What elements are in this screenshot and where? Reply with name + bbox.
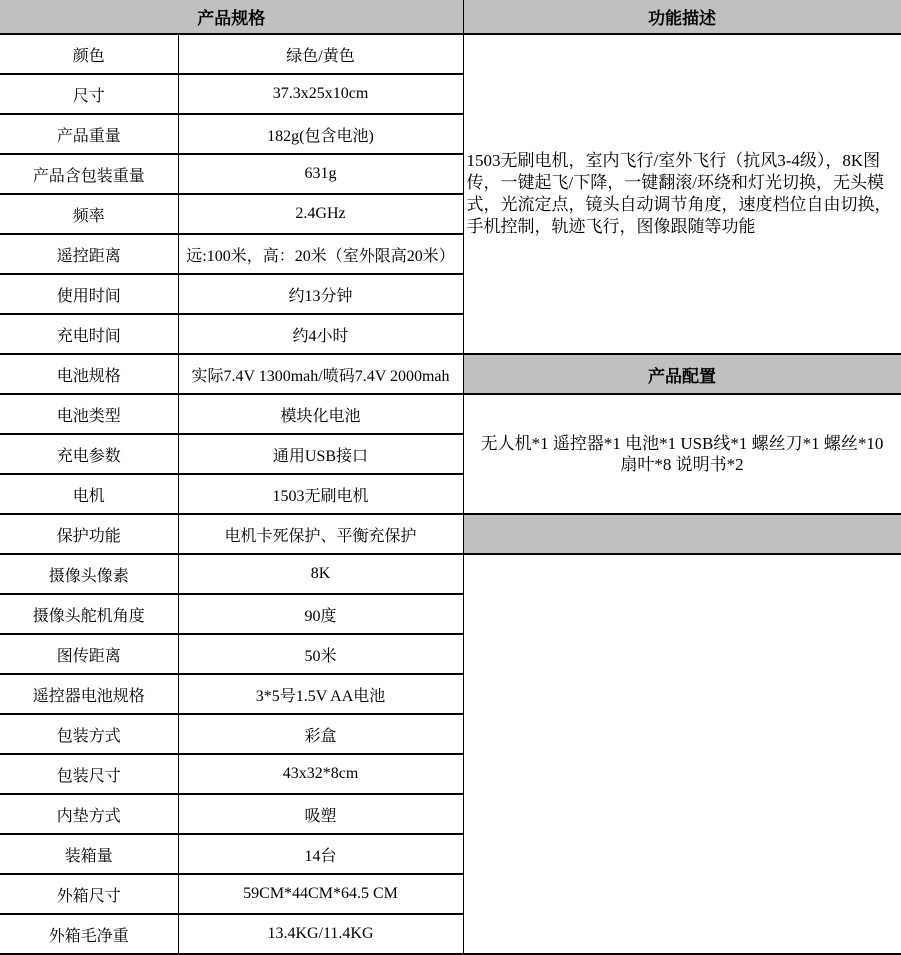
right-panel-empty-area [463, 554, 901, 954]
spec-label: 外箱毛净重 [0, 914, 178, 954]
spec-label: 电机 [0, 474, 178, 514]
spec-label: 装箱量 [0, 834, 178, 874]
spec-value: 631g [178, 154, 463, 194]
spec-label: 产品重量 [0, 114, 178, 154]
spec-value: 90度 [178, 594, 463, 634]
config-contents-text: 无人机*1 遥控器*1 电池*1 USB线*1 螺丝刀*1 螺丝*10 扇叶*8… [463, 394, 901, 514]
right-panel-gray-spacer [463, 514, 901, 554]
spec-label: 包装尺寸 [0, 754, 178, 794]
spec-section-header: 产品规格 [0, 0, 463, 34]
spec-value: 14台 [178, 834, 463, 874]
spec-label: 摄像头像素 [0, 554, 178, 594]
spec-value: 绿色/黄色 [178, 34, 463, 74]
table-header-row: 产品规格 功能描述 [0, 0, 901, 34]
spec-label: 产品含包装重量 [0, 154, 178, 194]
spec-value: 远:100米，高：20米（室外限高20米） [178, 234, 463, 274]
spec-value: 通用USB接口 [178, 434, 463, 474]
spec-row-battery-type: 电池类型 模块化电池 无人机*1 遥控器*1 电池*1 USB线*1 螺丝刀*1… [0, 394, 901, 434]
spec-row-battery-spec: 电池规格 实际7.4V 1300mah/喷码7.4V 2000mah 产品配置 [0, 354, 901, 394]
spec-row-camera-pixels: 摄像头像素 8K [0, 554, 901, 594]
spec-label: 摄像头舵机角度 [0, 594, 178, 634]
spec-value: 彩盒 [178, 714, 463, 754]
spec-value: 50米 [178, 634, 463, 674]
spec-label: 尺寸 [0, 74, 178, 114]
spec-value: 电机卡死保护、平衡充保护 [178, 514, 463, 554]
spec-label: 充电时间 [0, 314, 178, 354]
product-spec-sheet: 产品规格 功能描述 颜色 绿色/黄色 1503无刷电机，室内飞行/室外飞行（抗风… [0, 0, 901, 955]
spec-label: 使用时间 [0, 274, 178, 314]
spec-label: 图传距离 [0, 634, 178, 674]
spec-label: 充电参数 [0, 434, 178, 474]
spec-value: 约13分钟 [178, 274, 463, 314]
features-section-header: 功能描述 [463, 0, 901, 34]
spec-value: 3*5号1.5V AA电池 [178, 674, 463, 714]
spec-value: 吸塑 [178, 794, 463, 834]
spec-row-color: 颜色 绿色/黄色 1503无刷电机，室内飞行/室外飞行（抗风3-4级），8K图传… [0, 34, 901, 74]
features-description-text: 1503无刷电机，室内飞行/室外飞行（抗风3-4级），8K图传，一键起飞/下降，… [463, 34, 901, 354]
spec-value: 模块化电池 [178, 394, 463, 434]
spec-value: 13.4KG/11.4KG [178, 914, 463, 954]
spec-row-protection: 保护功能 电机卡死保护、平衡充保护 [0, 514, 901, 554]
spec-label: 包装方式 [0, 714, 178, 754]
spec-value: 1503无刷电机 [178, 474, 463, 514]
spec-label: 外箱尺寸 [0, 874, 178, 914]
spec-value: 43x32*8cm [178, 754, 463, 794]
spec-value: 约4小时 [178, 314, 463, 354]
spec-value: 37.3x25x10cm [178, 74, 463, 114]
spec-value: 实际7.4V 1300mah/喷码7.4V 2000mah [178, 354, 463, 394]
spec-label: 遥控距离 [0, 234, 178, 274]
spec-label: 颜色 [0, 34, 178, 74]
config-section-header: 产品配置 [463, 354, 901, 394]
spec-label: 保护功能 [0, 514, 178, 554]
spec-value: 2.4GHz [178, 194, 463, 234]
spec-value: 59CM*44CM*64.5 CM [178, 874, 463, 914]
spec-value: 8K [178, 554, 463, 594]
spec-label: 频率 [0, 194, 178, 234]
spec-label: 电池类型 [0, 394, 178, 434]
spec-label: 电池规格 [0, 354, 178, 394]
spec-label: 遥控器电池规格 [0, 674, 178, 714]
spec-value: 182g(包含电池) [178, 114, 463, 154]
spec-label: 内垫方式 [0, 794, 178, 834]
